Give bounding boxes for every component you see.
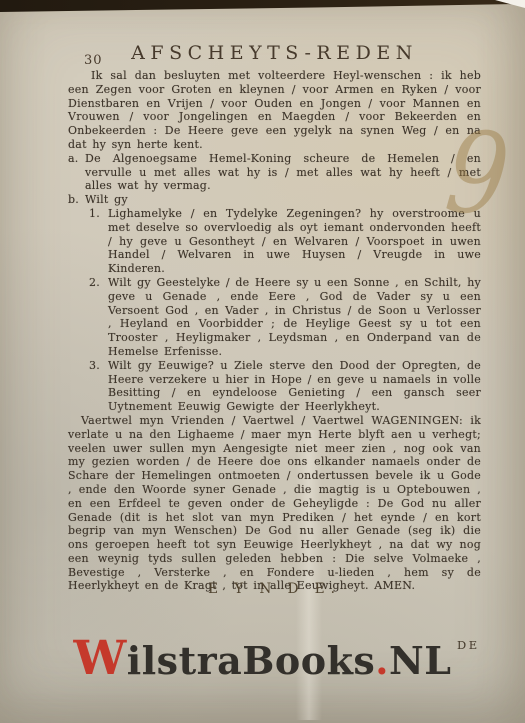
sub-item-2-marker: 2. (89, 276, 100, 290)
sub-item-3-text: Wilt gy Eeuwige? u Ziele sterve den Dood… (108, 359, 481, 413)
watermark-middle: ilstraBooks (127, 638, 376, 683)
scan-top-edge (0, 0, 525, 13)
sub-item-3: 3. Wilt gy Eeuwige? u Ziele sterve den D… (89, 359, 481, 414)
watermark-initial: W (74, 631, 127, 686)
finis-label: E Y N D E. (68, 581, 481, 597)
list-item-b: b. Wilt gy (68, 193, 481, 207)
watermark-suffix: NL (389, 638, 451, 683)
sub-item-2-text: Wilt gy Geestelyke / de Heere sy u een S… (108, 276, 481, 358)
body-text: Ik sal dan besluyten met volteerdere Hey… (68, 69, 481, 593)
watermark-dot: . (375, 638, 389, 683)
sub-item-1-marker: 1. (89, 207, 100, 221)
paragraph-intro: Ik sal dan besluyten met volteerdere Hey… (68, 69, 481, 152)
list-marker-a: a. (68, 152, 79, 166)
sub-item-2: 2. Wilt gy Geestelyke / de Heere sy u ee… (89, 276, 481, 359)
catchword: DE (457, 638, 480, 652)
sub-item-1: 1. Lighamelyke / en Tydelyke Zegeningen?… (89, 207, 481, 276)
list-item-a: a. De Algenoegsame Hemel-Koning scheure … (68, 152, 481, 193)
watermark: WilstraBooks.NL (74, 636, 452, 684)
sub-item-1-text: Lighamelyke / en Tydelyke Zegeningen? hy… (108, 207, 481, 275)
paragraph-closing: Vaertwel myn Vrienden / Vaertwel / Vaert… (68, 414, 481, 593)
book-page-scan: 30 AFSCHEYTS-REDEN Ik sal dan besluyten … (0, 0, 525, 723)
running-header: AFSCHEYTS-REDEN (68, 42, 481, 64)
list-item-b-text: Wilt gy (85, 193, 128, 206)
sub-item-3-marker: 3. (89, 359, 100, 373)
list-item-a-text: De Algenoegsame Hemel-Koning scheure de … (85, 152, 481, 193)
list-marker-b: b. (68, 193, 79, 207)
